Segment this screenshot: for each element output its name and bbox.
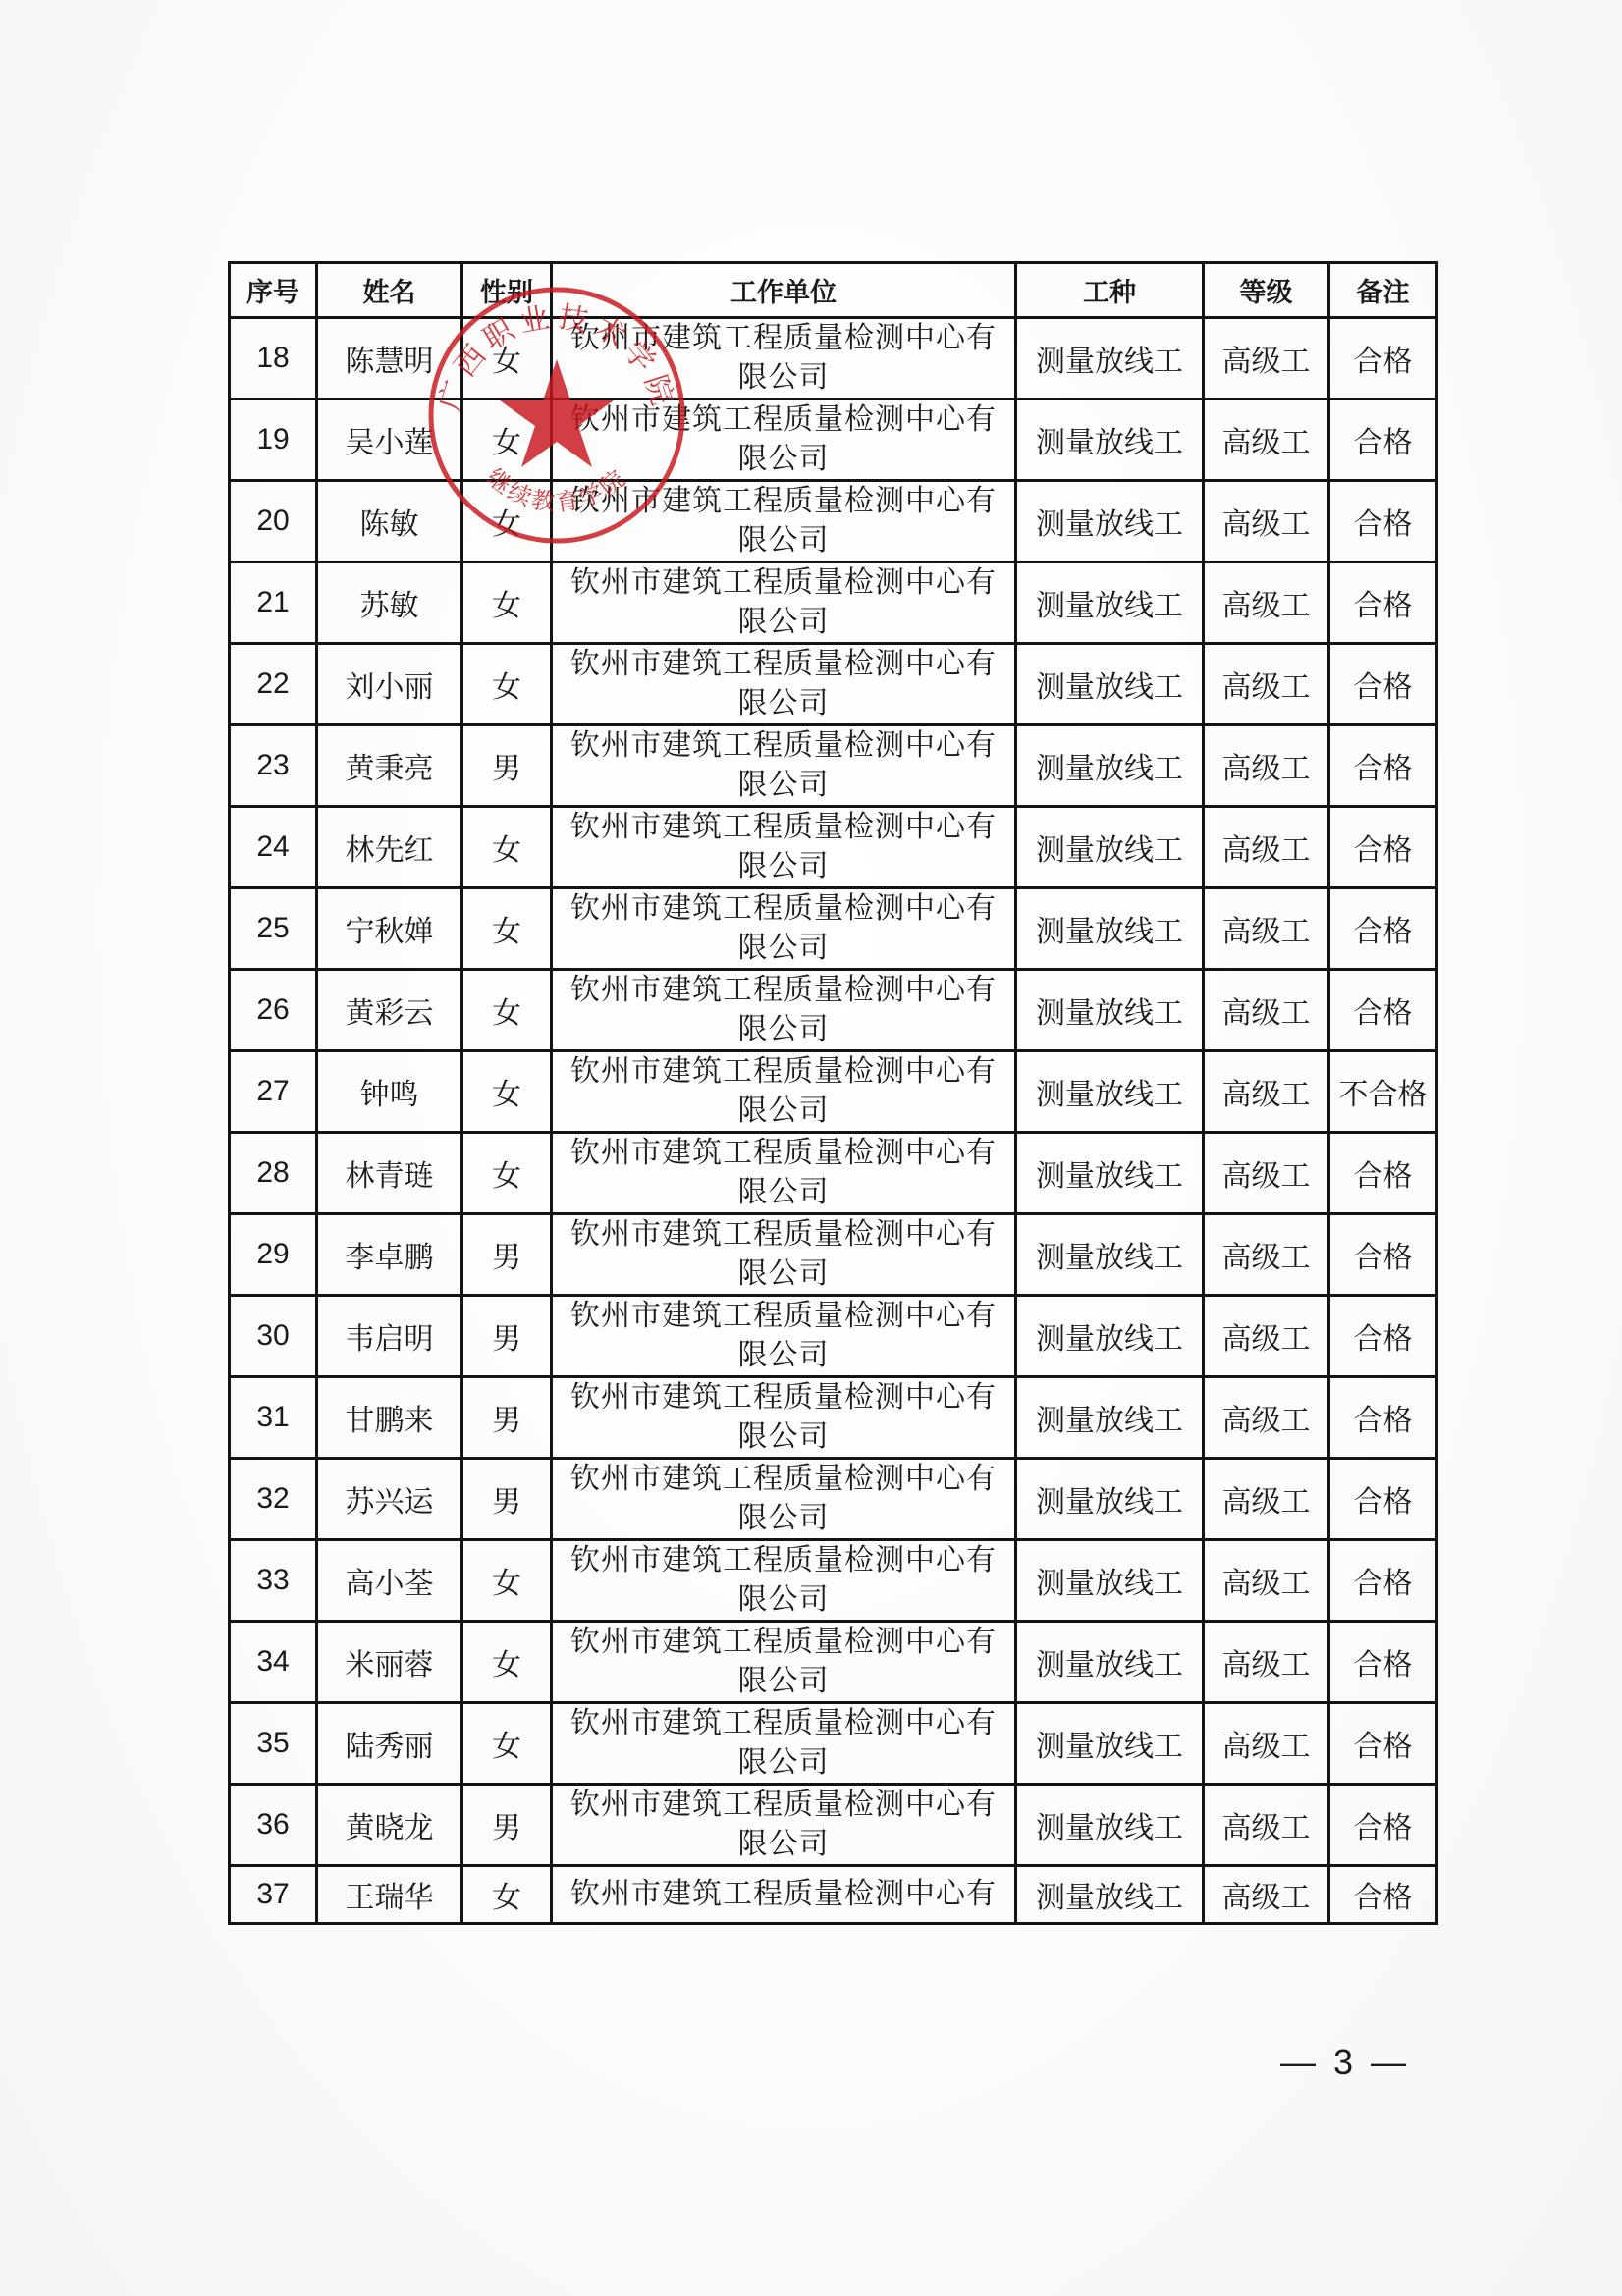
cell-remark: 合格 bbox=[1329, 1214, 1437, 1296]
table-row: 23 黄秉亮 男 钦州市建筑工程质量检测中心有限公司 测量放线工 高级工 合格 bbox=[230, 725, 1437, 807]
header-gender: 性别 bbox=[462, 263, 552, 318]
cell-level: 高级工 bbox=[1204, 1785, 1329, 1866]
cell-trade: 测量放线工 bbox=[1016, 1377, 1204, 1459]
cell-name: 高小荃 bbox=[317, 1540, 462, 1622]
cell-workplace: 钦州市建筑工程质量检测中心有限公司 bbox=[552, 1703, 1016, 1785]
cell-gender: 女 bbox=[462, 807, 552, 888]
cell-name: 苏兴运 bbox=[317, 1459, 462, 1540]
table-row: 30 韦启明 男 钦州市建筑工程质量检测中心有限公司 测量放线工 高级工 合格 bbox=[230, 1296, 1437, 1377]
cell-serial-number: 26 bbox=[230, 970, 317, 1051]
cell-name: 黄彩云 bbox=[317, 970, 462, 1051]
cell-trade: 测量放线工 bbox=[1016, 1214, 1204, 1296]
table-row: 29 李卓鹏 男 钦州市建筑工程质量检测中心有限公司 测量放线工 高级工 合格 bbox=[230, 1214, 1437, 1296]
cell-name: 米丽蓉 bbox=[317, 1622, 462, 1703]
cell-name: 陆秀丽 bbox=[317, 1703, 462, 1785]
table-row: 35 陆秀丽 女 钦州市建筑工程质量检测中心有限公司 测量放线工 高级工 合格 bbox=[230, 1703, 1437, 1785]
workplace-line-2: 限公司 bbox=[553, 1173, 1014, 1212]
table-body: 18 陈慧明 女 钦州市建筑工程质量检测中心有限公司 测量放线工 高级工 合格 … bbox=[230, 318, 1437, 1924]
cell-remark: 合格 bbox=[1329, 481, 1437, 562]
cell-trade: 测量放线工 bbox=[1016, 400, 1204, 481]
cell-level: 高级工 bbox=[1204, 1459, 1329, 1540]
cell-remark: 合格 bbox=[1329, 1866, 1437, 1924]
cell-serial-number: 31 bbox=[230, 1377, 317, 1459]
cell-gender: 女 bbox=[462, 562, 552, 644]
cell-gender: 男 bbox=[462, 725, 552, 807]
workplace-line-1: 钦州市建筑工程质量检测中心有 bbox=[553, 319, 1014, 358]
workplace-line-2: 限公司 bbox=[553, 1825, 1014, 1864]
cell-level: 高级工 bbox=[1204, 888, 1329, 970]
workplace-line-1: 钦州市建筑工程质量检测中心有 bbox=[553, 1052, 1014, 1092]
cell-serial-number: 28 bbox=[230, 1133, 317, 1214]
workplace-line-2: 限公司 bbox=[553, 358, 1014, 398]
cell-workplace: 钦州市建筑工程质量检测中心有限公司 bbox=[552, 1377, 1016, 1459]
workplace-line-1: 钦州市建筑工程质量检测中心有 bbox=[553, 1786, 1014, 1825]
cell-gender: 女 bbox=[462, 1133, 552, 1214]
workplace-line-1: 钦州市建筑工程质量检测中心有 bbox=[553, 482, 1014, 521]
header-workplace: 工作单位 bbox=[552, 263, 1016, 318]
cell-level: 高级工 bbox=[1204, 725, 1329, 807]
cell-level: 高级工 bbox=[1204, 1377, 1329, 1459]
cell-gender: 男 bbox=[462, 1459, 552, 1540]
cell-level: 高级工 bbox=[1204, 1866, 1329, 1924]
header-remark: 备注 bbox=[1329, 263, 1437, 318]
cell-name: 刘小丽 bbox=[317, 644, 462, 725]
workplace-line-1: 钦州市建筑工程质量检测中心有 bbox=[553, 1378, 1014, 1417]
cell-gender: 男 bbox=[462, 1377, 552, 1459]
cell-remark: 合格 bbox=[1329, 644, 1437, 725]
cell-workplace: 钦州市建筑工程质量检测中心有限公司 bbox=[552, 1622, 1016, 1703]
cell-remark: 合格 bbox=[1329, 318, 1437, 400]
cell-workplace: 钦州市建筑工程质量检测中心有限公司 bbox=[552, 1051, 1016, 1133]
table-row: 20 陈敏 女 钦州市建筑工程质量检测中心有限公司 测量放线工 高级工 合格 bbox=[230, 481, 1437, 562]
cell-trade: 测量放线工 bbox=[1016, 888, 1204, 970]
cell-gender: 男 bbox=[462, 1785, 552, 1866]
cell-remark: 合格 bbox=[1329, 562, 1437, 644]
cell-level: 高级工 bbox=[1204, 1214, 1329, 1296]
workplace-line-2: 限公司 bbox=[553, 766, 1014, 805]
cell-trade: 测量放线工 bbox=[1016, 1785, 1204, 1866]
cell-serial-number: 24 bbox=[230, 807, 317, 888]
table-row: 18 陈慧明 女 钦州市建筑工程质量检测中心有限公司 测量放线工 高级工 合格 bbox=[230, 318, 1437, 400]
cell-level: 高级工 bbox=[1204, 562, 1329, 644]
cell-name: 韦启明 bbox=[317, 1296, 462, 1377]
cell-serial-number: 23 bbox=[230, 725, 317, 807]
cell-level: 高级工 bbox=[1204, 481, 1329, 562]
workplace-line-1: 钦州市建筑工程质量检测中心有 bbox=[553, 1215, 1014, 1255]
cell-remark: 不合格 bbox=[1329, 1051, 1437, 1133]
workplace-line-2: 限公司 bbox=[553, 1499, 1014, 1538]
cell-trade: 测量放线工 bbox=[1016, 481, 1204, 562]
cell-name: 林先红 bbox=[317, 807, 462, 888]
cell-level: 高级工 bbox=[1204, 1622, 1329, 1703]
cell-trade: 测量放线工 bbox=[1016, 1540, 1204, 1622]
workplace-line-1: 钦州市建筑工程质量检测中心有 bbox=[553, 971, 1014, 1010]
cell-workplace: 钦州市建筑工程质量检测中心有限公司 bbox=[552, 318, 1016, 400]
workplace-line-2: 限公司 bbox=[553, 684, 1014, 723]
workplace-line-2: 限公司 bbox=[553, 1580, 1014, 1620]
table-row: 21 苏敏 女 钦州市建筑工程质量检测中心有限公司 测量放线工 高级工 合格 bbox=[230, 562, 1437, 644]
cell-workplace: 钦州市建筑工程质量检测中心有限公司 bbox=[552, 1540, 1016, 1622]
table-row: 25 宁秋婵 女 钦州市建筑工程质量检测中心有限公司 测量放线工 高级工 合格 bbox=[230, 888, 1437, 970]
cell-gender: 女 bbox=[462, 970, 552, 1051]
workplace-line-2: 限公司 bbox=[553, 847, 1014, 886]
cell-remark: 合格 bbox=[1329, 400, 1437, 481]
cell-trade: 测量放线工 bbox=[1016, 562, 1204, 644]
cell-workplace: 钦州市建筑工程质量检测中心有限公司 bbox=[552, 1785, 1016, 1866]
cell-gender: 女 bbox=[462, 1703, 552, 1785]
workplace-line-2: 限公司 bbox=[553, 1336, 1014, 1375]
cell-trade: 测量放线工 bbox=[1016, 1133, 1204, 1214]
table-row: 32 苏兴运 男 钦州市建筑工程质量检测中心有限公司 测量放线工 高级工 合格 bbox=[230, 1459, 1437, 1540]
cell-workplace: 钦州市建筑工程质量检测中心有限公司 bbox=[552, 1296, 1016, 1377]
cell-remark: 合格 bbox=[1329, 1133, 1437, 1214]
cell-serial-number: 35 bbox=[230, 1703, 317, 1785]
cell-level: 高级工 bbox=[1204, 1703, 1329, 1785]
cell-workplace: 钦州市建筑工程质量检测中心有限公司 bbox=[552, 1214, 1016, 1296]
cell-workplace: 钦州市建筑工程质量检测中心有限公司 bbox=[552, 562, 1016, 644]
cell-name: 宁秋婵 bbox=[317, 888, 462, 970]
table-row: 24 林先红 女 钦州市建筑工程质量检测中心有限公司 测量放线工 高级工 合格 bbox=[230, 807, 1437, 888]
cell-gender: 女 bbox=[462, 888, 552, 970]
cell-remark: 合格 bbox=[1329, 1622, 1437, 1703]
cell-trade: 测量放线工 bbox=[1016, 1703, 1204, 1785]
workplace-line-1: 钦州市建筑工程质量检测中心有 bbox=[553, 1875, 1014, 1914]
cell-level: 高级工 bbox=[1204, 807, 1329, 888]
table-row: 37 王瑞华 女 钦州市建筑工程质量检测中心有 测量放线工 高级工 合格 bbox=[230, 1866, 1437, 1924]
table-row: 28 林青琏 女 钦州市建筑工程质量检测中心有限公司 测量放线工 高级工 合格 bbox=[230, 1133, 1437, 1214]
workplace-line-1: 钦州市建筑工程质量检测中心有 bbox=[553, 808, 1014, 847]
cell-remark: 合格 bbox=[1329, 1703, 1437, 1785]
cell-workplace: 钦州市建筑工程质量检测中心有限公司 bbox=[552, 888, 1016, 970]
workplace-line-2: 限公司 bbox=[553, 1010, 1014, 1049]
cell-gender: 女 bbox=[462, 481, 552, 562]
table-row: 31 甘鹏来 男 钦州市建筑工程质量检测中心有限公司 测量放线工 高级工 合格 bbox=[230, 1377, 1437, 1459]
workplace-line-1: 钦州市建筑工程质量检测中心有 bbox=[553, 1704, 1014, 1743]
cell-gender: 女 bbox=[462, 1622, 552, 1703]
page-number: — 3 — bbox=[1267, 2042, 1424, 2083]
table-row: 26 黄彩云 女 钦州市建筑工程质量检测中心有限公司 测量放线工 高级工 合格 bbox=[230, 970, 1437, 1051]
cell-trade: 测量放线工 bbox=[1016, 1296, 1204, 1377]
cell-remark: 合格 bbox=[1329, 1296, 1437, 1377]
cell-workplace: 钦州市建筑工程质量检测中心有限公司 bbox=[552, 481, 1016, 562]
cell-remark: 合格 bbox=[1329, 888, 1437, 970]
cell-remark: 合格 bbox=[1329, 725, 1437, 807]
workplace-line-2: 限公司 bbox=[553, 1092, 1014, 1131]
workplace-line-1: 钦州市建筑工程质量检测中心有 bbox=[553, 726, 1014, 766]
cell-level: 高级工 bbox=[1204, 644, 1329, 725]
cell-serial-number: 27 bbox=[230, 1051, 317, 1133]
workplace-line-2: 限公司 bbox=[553, 603, 1014, 642]
cell-level: 高级工 bbox=[1204, 1296, 1329, 1377]
cell-name: 甘鹏来 bbox=[317, 1377, 462, 1459]
cell-workplace: 钦州市建筑工程质量检测中心有限公司 bbox=[552, 1133, 1016, 1214]
cell-serial-number: 19 bbox=[230, 400, 317, 481]
cell-trade: 测量放线工 bbox=[1016, 725, 1204, 807]
cell-serial-number: 33 bbox=[230, 1540, 317, 1622]
workplace-line-1: 钦州市建筑工程质量检测中心有 bbox=[553, 1541, 1014, 1580]
workplace-line-2: 限公司 bbox=[553, 929, 1014, 968]
cell-level: 高级工 bbox=[1204, 318, 1329, 400]
cell-trade: 测量放线工 bbox=[1016, 644, 1204, 725]
cell-trade: 测量放线工 bbox=[1016, 1866, 1204, 1924]
header-serial-number: 序号 bbox=[230, 263, 317, 318]
cell-serial-number: 32 bbox=[230, 1459, 317, 1540]
cell-name: 林青琏 bbox=[317, 1133, 462, 1214]
cell-name: 陈敏 bbox=[317, 481, 462, 562]
cell-trade: 测量放线工 bbox=[1016, 807, 1204, 888]
table-row: 36 黄晓龙 男 钦州市建筑工程质量检测中心有限公司 测量放线工 高级工 合格 bbox=[230, 1785, 1437, 1866]
cell-remark: 合格 bbox=[1329, 1377, 1437, 1459]
cell-gender: 女 bbox=[462, 400, 552, 481]
cell-trade: 测量放线工 bbox=[1016, 1051, 1204, 1133]
cell-level: 高级工 bbox=[1204, 1051, 1329, 1133]
workplace-line-1: 钦州市建筑工程质量检测中心有 bbox=[553, 1623, 1014, 1662]
cell-trade: 测量放线工 bbox=[1016, 1459, 1204, 1540]
cell-name: 苏敏 bbox=[317, 562, 462, 644]
workplace-line-1: 钦州市建筑工程质量检测中心有 bbox=[553, 889, 1014, 929]
workplace-line-1: 钦州市建筑工程质量检测中心有 bbox=[553, 400, 1014, 440]
workplace-line-2: 限公司 bbox=[553, 440, 1014, 479]
cell-trade: 测量放线工 bbox=[1016, 318, 1204, 400]
workplace-line-2: 限公司 bbox=[553, 1417, 1014, 1457]
cell-serial-number: 25 bbox=[230, 888, 317, 970]
cell-level: 高级工 bbox=[1204, 1133, 1329, 1214]
cell-gender: 男 bbox=[462, 1296, 552, 1377]
cell-gender: 女 bbox=[462, 1051, 552, 1133]
cell-serial-number: 37 bbox=[230, 1866, 317, 1924]
roster-table: 序号 姓名 性别 工作单位 工种 等级 备注 18 陈慧明 女 钦州市建筑工程质… bbox=[228, 261, 1438, 1925]
cell-name: 陈慧明 bbox=[317, 318, 462, 400]
workplace-line-2: 限公司 bbox=[553, 521, 1014, 561]
workplace-line-1: 钦州市建筑工程质量检测中心有 bbox=[553, 1297, 1014, 1336]
cell-name: 王瑞华 bbox=[317, 1866, 462, 1924]
cell-workplace: 钦州市建筑工程质量检测中心有 bbox=[552, 1866, 1016, 1924]
cell-remark: 合格 bbox=[1329, 970, 1437, 1051]
cell-workplace: 钦州市建筑工程质量检测中心有限公司 bbox=[552, 970, 1016, 1051]
cell-workplace: 钦州市建筑工程质量检测中心有限公司 bbox=[552, 1459, 1016, 1540]
workplace-line-2: 限公司 bbox=[553, 1255, 1014, 1294]
cell-serial-number: 22 bbox=[230, 644, 317, 725]
cell-gender: 男 bbox=[462, 1214, 552, 1296]
cell-serial-number: 30 bbox=[230, 1296, 317, 1377]
cell-name: 吴小莲 bbox=[317, 400, 462, 481]
cell-name: 黄秉亮 bbox=[317, 725, 462, 807]
workplace-line-1: 钦州市建筑工程质量检测中心有 bbox=[553, 1460, 1014, 1499]
table-header-row: 序号 姓名 性别 工作单位 工种 等级 备注 bbox=[230, 263, 1437, 318]
cell-gender: 女 bbox=[462, 1540, 552, 1622]
header-name: 姓名 bbox=[317, 263, 462, 318]
cell-level: 高级工 bbox=[1204, 400, 1329, 481]
cell-serial-number: 21 bbox=[230, 562, 317, 644]
workplace-line-2: 限公司 bbox=[553, 1662, 1014, 1701]
cell-serial-number: 29 bbox=[230, 1214, 317, 1296]
cell-remark: 合格 bbox=[1329, 1459, 1437, 1540]
cell-trade: 测量放线工 bbox=[1016, 970, 1204, 1051]
header-level: 等级 bbox=[1204, 263, 1329, 318]
cell-serial-number: 18 bbox=[230, 318, 317, 400]
cell-trade: 测量放线工 bbox=[1016, 1622, 1204, 1703]
table-row: 34 米丽蓉 女 钦州市建筑工程质量检测中心有限公司 测量放线工 高级工 合格 bbox=[230, 1622, 1437, 1703]
cell-workplace: 钦州市建筑工程质量检测中心有限公司 bbox=[552, 725, 1016, 807]
table-row: 27 钟鸣 女 钦州市建筑工程质量检测中心有限公司 测量放线工 高级工 不合格 bbox=[230, 1051, 1437, 1133]
cell-name: 李卓鹏 bbox=[317, 1214, 462, 1296]
workplace-line-1: 钦州市建筑工程质量检测中心有 bbox=[553, 563, 1014, 603]
workplace-line-1: 钦州市建筑工程质量检测中心有 bbox=[553, 645, 1014, 684]
table-row: 33 高小荃 女 钦州市建筑工程质量检测中心有限公司 测量放线工 高级工 合格 bbox=[230, 1540, 1437, 1622]
cell-serial-number: 36 bbox=[230, 1785, 317, 1866]
cell-gender: 女 bbox=[462, 318, 552, 400]
cell-gender: 女 bbox=[462, 644, 552, 725]
cell-gender: 女 bbox=[462, 1866, 552, 1924]
cell-workplace: 钦州市建筑工程质量检测中心有限公司 bbox=[552, 644, 1016, 725]
header-trade: 工种 bbox=[1016, 263, 1204, 318]
cell-remark: 合格 bbox=[1329, 1785, 1437, 1866]
cell-serial-number: 34 bbox=[230, 1622, 317, 1703]
cell-remark: 合格 bbox=[1329, 1540, 1437, 1622]
workplace-line-1: 钦州市建筑工程质量检测中心有 bbox=[553, 1134, 1014, 1173]
cell-serial-number: 20 bbox=[230, 481, 317, 562]
cell-workplace: 钦州市建筑工程质量检测中心有限公司 bbox=[552, 807, 1016, 888]
workplace-line-2: 限公司 bbox=[553, 1743, 1014, 1783]
cell-name: 黄晓龙 bbox=[317, 1785, 462, 1866]
cell-level: 高级工 bbox=[1204, 970, 1329, 1051]
table-row: 19 吴小莲 女 钦州市建筑工程质量检测中心有限公司 测量放线工 高级工 合格 bbox=[230, 400, 1437, 481]
cell-name: 钟鸣 bbox=[317, 1051, 462, 1133]
table-row: 22 刘小丽 女 钦州市建筑工程质量检测中心有限公司 测量放线工 高级工 合格 bbox=[230, 644, 1437, 725]
cell-remark: 合格 bbox=[1329, 807, 1437, 888]
cell-level: 高级工 bbox=[1204, 1540, 1329, 1622]
cell-workplace: 钦州市建筑工程质量检测中心有限公司 bbox=[552, 400, 1016, 481]
